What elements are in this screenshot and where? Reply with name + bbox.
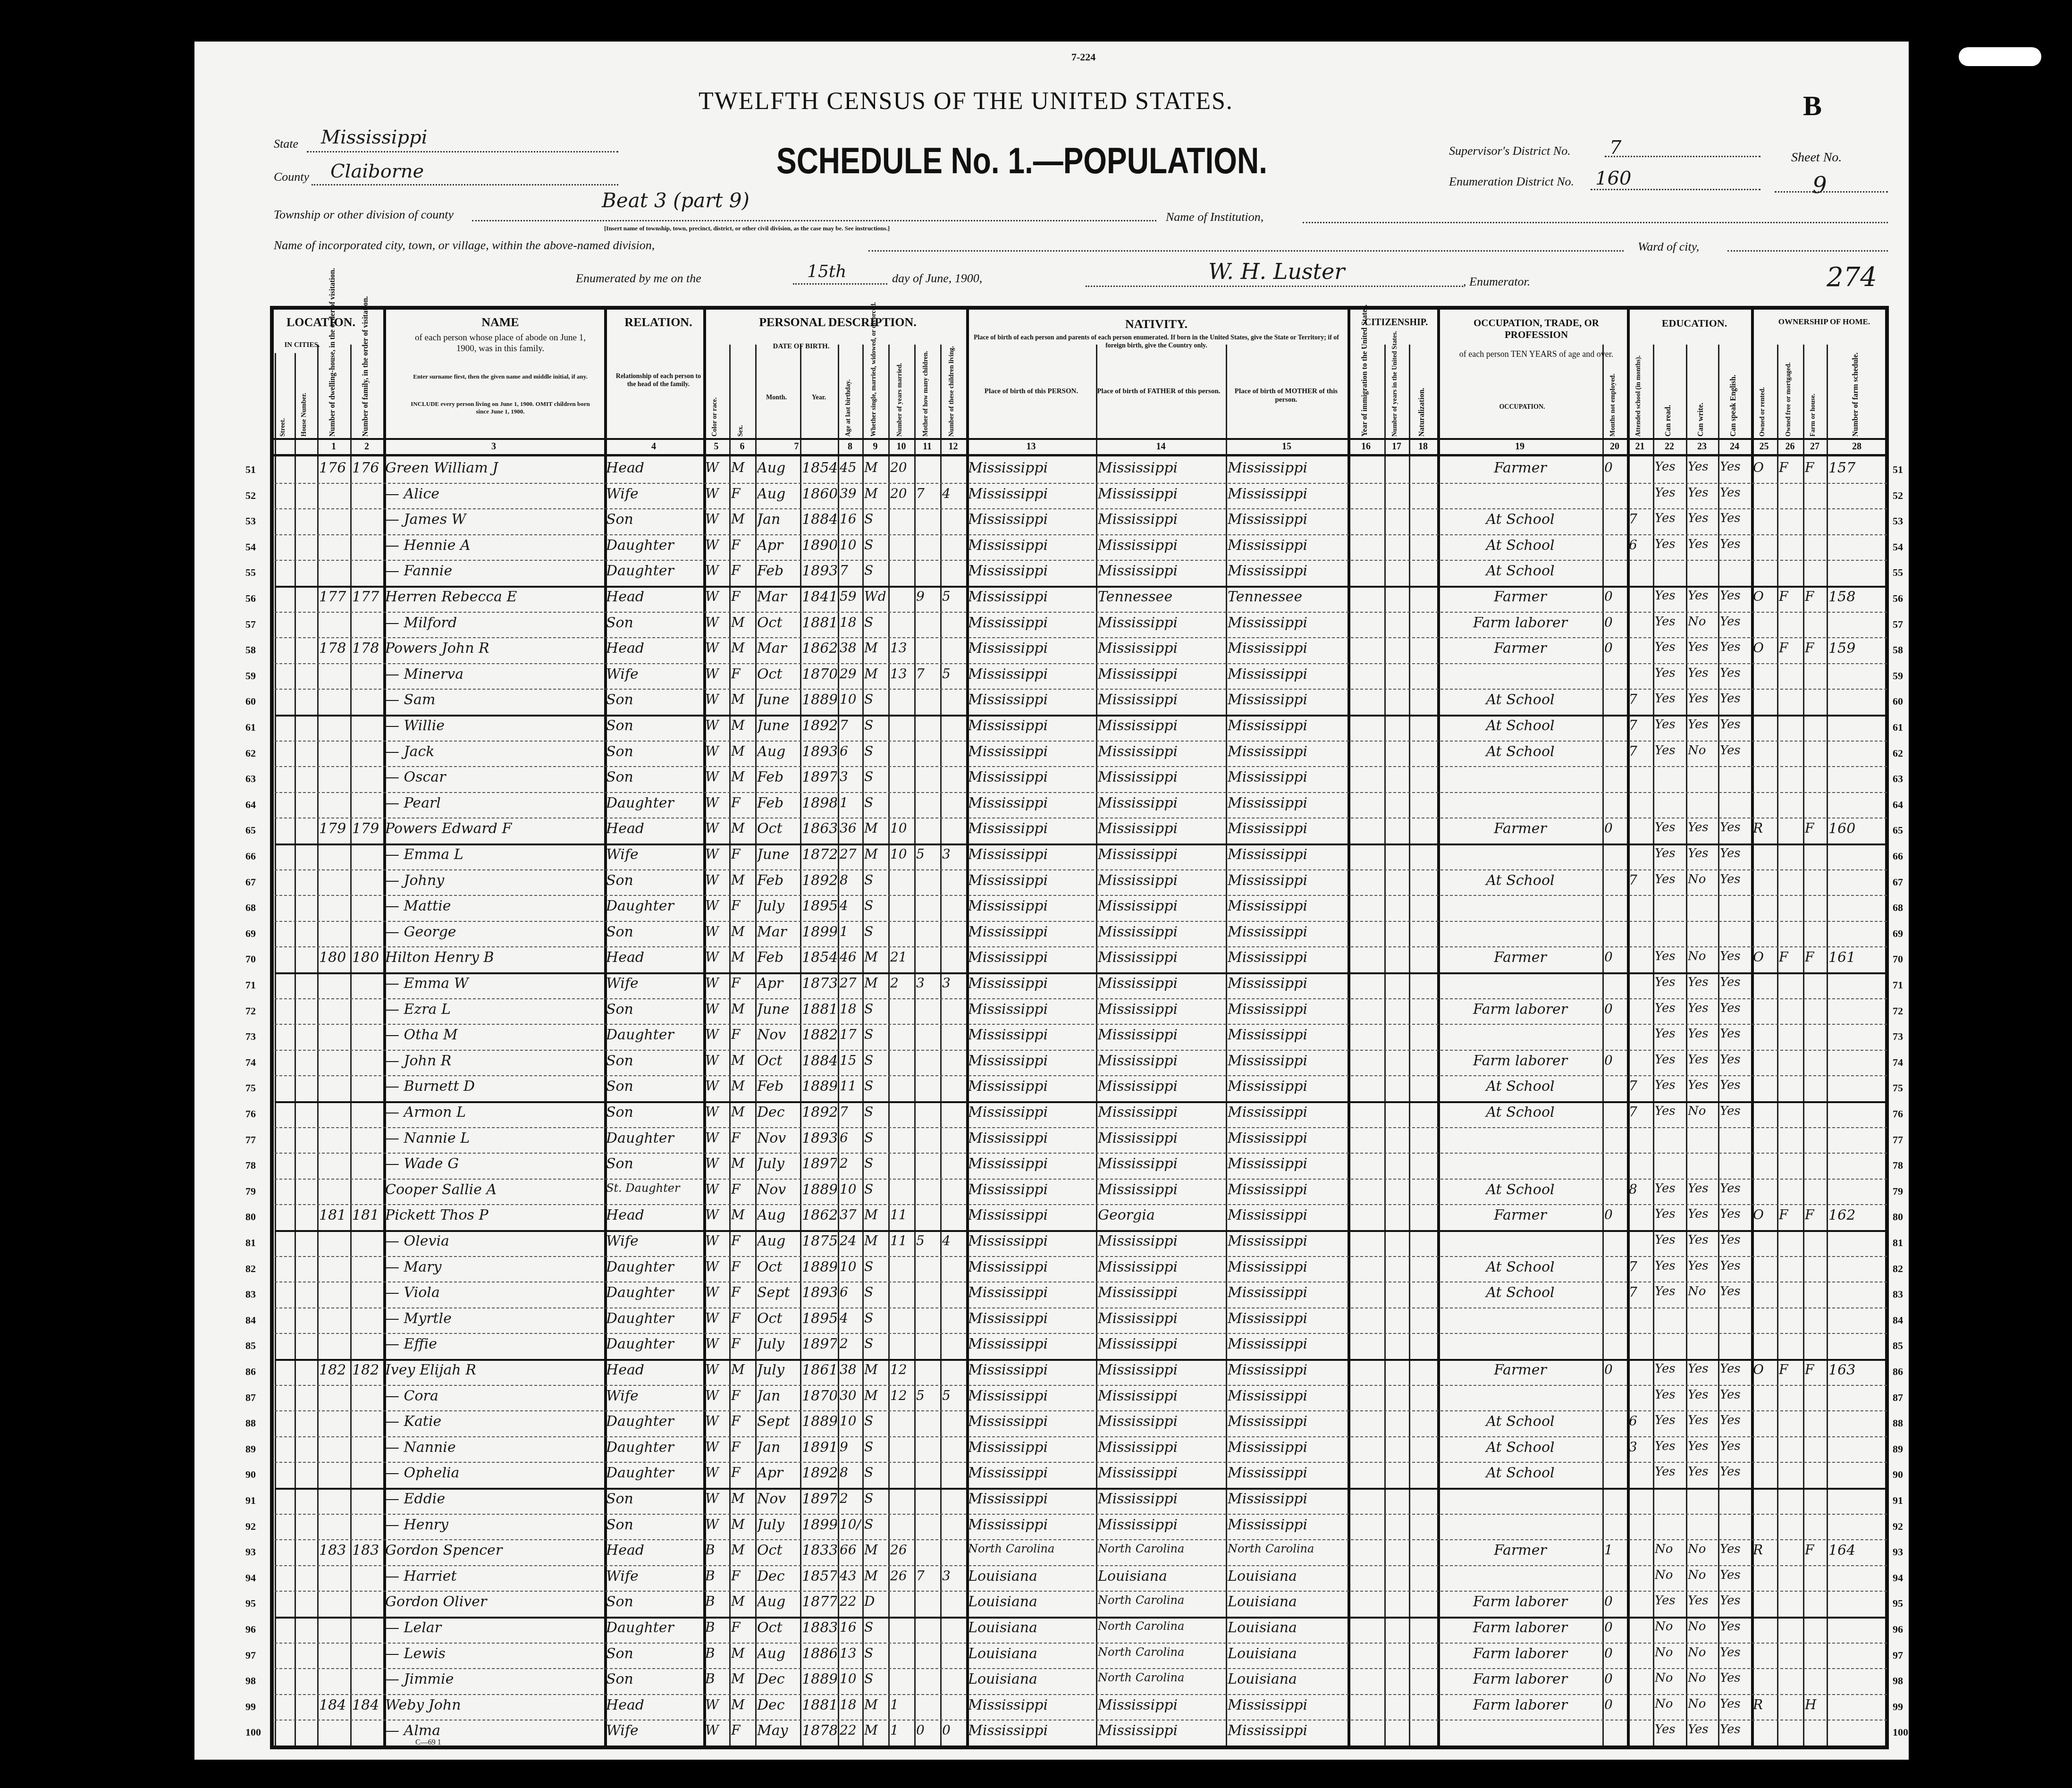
column-divider xyxy=(1777,345,1778,1746)
column-divider xyxy=(1653,345,1654,1746)
line-number: 70 xyxy=(245,953,256,965)
cell-year: 1881 xyxy=(802,1697,837,1713)
cell-family: 179 xyxy=(352,820,382,837)
cell-english: Yes xyxy=(1720,486,1750,500)
cell-marital: S xyxy=(864,795,887,810)
line-number-right: 75 xyxy=(1893,1082,1903,1094)
cell-marital: S xyxy=(864,1027,887,1042)
cell-age: 4 xyxy=(840,898,861,913)
row-divider xyxy=(275,1256,1887,1257)
cell-age: 10 xyxy=(840,537,861,553)
cell-month: Aug xyxy=(757,1207,799,1223)
cell-mother: Mississippi xyxy=(1228,1001,1347,1018)
cell-family: 176 xyxy=(352,460,382,476)
cell-sex: M xyxy=(731,1491,754,1506)
cell-occupation: Farm laborer xyxy=(1439,1645,1601,1662)
column-divider xyxy=(317,345,319,1746)
cell-write: Yes xyxy=(1688,1207,1717,1221)
row-divider xyxy=(275,1050,1887,1051)
cell-occupation: Farmer xyxy=(1439,949,1601,966)
row-divider xyxy=(275,1282,1887,1282)
cell-marital: M xyxy=(864,1722,887,1738)
column-divider xyxy=(1409,345,1410,1746)
cell-sex: M xyxy=(731,1542,754,1558)
cell-relation: Head xyxy=(606,1362,702,1378)
cell-marital: S xyxy=(864,872,887,888)
line-number: 61 xyxy=(245,721,256,734)
cell-father: North Carolina xyxy=(1098,1645,1225,1659)
column-header-living: Number of these children living. xyxy=(948,352,956,437)
row-divider xyxy=(275,1720,1887,1721)
cell-birth: Mississippi xyxy=(968,1722,1095,1739)
cell-read: Yes xyxy=(1655,589,1685,603)
cell-mother-of: 5 xyxy=(916,846,939,862)
cell-color: W xyxy=(705,1310,728,1326)
cell-read: Yes xyxy=(1655,666,1685,680)
cell-color: W xyxy=(705,1001,728,1017)
cell-birth: Mississippi xyxy=(968,1388,1095,1404)
group-occupation: OCCUPATION, TRADE, OR PROFESSION xyxy=(1447,317,1626,341)
cell-yrs-married: 26 xyxy=(890,1542,913,1558)
cell-father: Mississippi xyxy=(1098,1517,1225,1533)
cell-marital: S xyxy=(864,1465,887,1480)
cell-mother-of: 7 xyxy=(916,666,939,682)
cell-month: Aug xyxy=(757,1594,799,1610)
cell-father: Mississippi xyxy=(1098,640,1225,657)
cell-occupation: Farm laborer xyxy=(1439,1594,1601,1610)
line-number: 100 xyxy=(245,1726,261,1738)
line-number-right: 67 xyxy=(1893,876,1903,888)
cell-month: Dec xyxy=(757,1697,799,1713)
cell-occupation: At School xyxy=(1439,717,1601,734)
cell-occupation: At School xyxy=(1439,1078,1601,1095)
sheet-line xyxy=(1775,191,1888,193)
line-number: 83 xyxy=(245,1288,256,1300)
cell-mother: Mississippi xyxy=(1228,1310,1347,1327)
cell-month: June xyxy=(757,1001,799,1018)
occupation-desc: of each person TEN YEARS of age and over… xyxy=(1449,349,1624,360)
cell-sex: F xyxy=(731,1130,754,1146)
row-divider xyxy=(275,586,1887,588)
cell-read: Yes xyxy=(1655,872,1685,886)
cell-year: 1882 xyxy=(802,1027,837,1043)
header-divider xyxy=(274,454,1887,456)
cell-marital: M xyxy=(864,949,887,965)
cell-month: Mar xyxy=(757,924,799,940)
cell-mother: Mississippi xyxy=(1228,1362,1347,1378)
line-number: 85 xyxy=(245,1340,256,1352)
cell-farm: F xyxy=(1805,460,1826,475)
cell-birth: Mississippi xyxy=(968,975,1095,992)
cell-write: Yes xyxy=(1688,1439,1717,1453)
cell-dwelling: 180 xyxy=(319,949,349,966)
group-education: EDUCATION. xyxy=(1633,317,1756,329)
cell-marital: S xyxy=(864,898,887,913)
row-divider xyxy=(275,612,1887,613)
cell-relation: Wife xyxy=(606,1568,702,1585)
column-header-yrs-us: Number of years in the United States. xyxy=(1391,352,1399,437)
cell-name: — Mattie xyxy=(385,898,603,914)
cell-living: 5 xyxy=(942,1388,965,1403)
line-number: 55 xyxy=(245,566,256,579)
enumerated-middle: day of June, 1900, xyxy=(892,271,982,286)
cell-month: Dec xyxy=(757,1671,799,1687)
cell-write: No xyxy=(1688,743,1717,758)
cell-name: — Minerva xyxy=(385,666,603,683)
cell-month: Nov xyxy=(757,1491,799,1507)
cell-relation: Wife xyxy=(606,1722,702,1739)
cell-color: B xyxy=(705,1645,728,1661)
cell-marital: S xyxy=(864,692,887,707)
name-instr2: INCLUDE every person living on June 1, 1… xyxy=(406,400,595,415)
column-divider xyxy=(914,345,916,1746)
cell-sex: M xyxy=(731,460,754,475)
cell-father: Mississippi xyxy=(1098,1491,1225,1507)
line-number-right: 52 xyxy=(1893,489,1903,502)
cell-unemployed: 0 xyxy=(1604,1645,1626,1661)
cell-relation: Son xyxy=(606,1645,702,1662)
cell-father: Mississippi xyxy=(1098,975,1225,992)
cell-month: May xyxy=(757,1722,799,1739)
cell-free: F xyxy=(1779,1207,1802,1223)
line-number: 77 xyxy=(245,1134,256,1146)
cell-write: No xyxy=(1688,949,1717,963)
cell-sex: M xyxy=(731,1001,754,1017)
cell-sex: M xyxy=(731,615,754,630)
column-number: 16 xyxy=(1348,441,1384,452)
row-divider xyxy=(275,715,1887,717)
row-divider xyxy=(275,972,1887,974)
cell-marital: M xyxy=(864,666,887,682)
line-number: 54 xyxy=(245,541,256,553)
state-label: State xyxy=(274,137,298,151)
cell-age: 4 xyxy=(840,1310,861,1326)
cell-birth: Mississippi xyxy=(968,1181,1095,1198)
cell-father: Mississippi xyxy=(1098,537,1225,554)
cell-year: 1892 xyxy=(802,872,837,889)
cell-owned: R xyxy=(1753,820,1776,836)
row-divider xyxy=(275,508,1887,509)
cell-mother: Mississippi xyxy=(1228,1465,1347,1481)
cell-year: 1877 xyxy=(802,1594,837,1610)
cell-write: Yes xyxy=(1688,975,1717,989)
cell-marital: S xyxy=(864,1259,887,1274)
cell-write: Yes xyxy=(1688,640,1717,654)
column-number: 23 xyxy=(1686,441,1718,452)
cell-year: 1899 xyxy=(802,1517,837,1533)
line-number-right: 71 xyxy=(1893,979,1903,991)
column-divider xyxy=(350,345,352,1746)
column-number: 7 xyxy=(755,441,838,452)
cell-month: Feb xyxy=(757,563,799,579)
cell-write: No xyxy=(1688,1284,1717,1299)
cell-color: W xyxy=(705,1207,728,1223)
cell-english: Yes xyxy=(1720,1233,1750,1247)
line-number: 90 xyxy=(245,1468,256,1481)
name-desc: of each person whose place of abode on J… xyxy=(406,333,595,354)
cell-color: W xyxy=(705,1053,728,1068)
cell-mother: Mississippi xyxy=(1228,1078,1347,1095)
line-number-right: 98 xyxy=(1893,1675,1903,1687)
cell-name: — Cora xyxy=(385,1388,603,1404)
group-name: NAME xyxy=(396,315,604,329)
cell-age: 8 xyxy=(840,1465,861,1480)
cell-school: 7 xyxy=(1629,743,1652,759)
cell-english: Yes xyxy=(1720,1671,1750,1685)
cell-english: Yes xyxy=(1720,537,1750,551)
cell-father: Mississippi xyxy=(1098,486,1225,502)
cell-month: Oct xyxy=(757,1053,799,1069)
cell-english: Yes xyxy=(1720,1259,1750,1273)
line-number-right: 90 xyxy=(1893,1468,1903,1481)
cell-father: Tennessee xyxy=(1098,589,1225,605)
row-divider xyxy=(275,1153,1887,1154)
group-nativity: NATIVITY. xyxy=(968,317,1345,331)
cell-birth: Mississippi xyxy=(968,1207,1095,1223)
cell-birth: Louisiana xyxy=(968,1671,1095,1687)
cell-father: North Carolina xyxy=(1098,1619,1225,1633)
enumerator-name: W. H. Luster xyxy=(1208,259,1345,284)
cell-school: 8 xyxy=(1629,1181,1652,1197)
cell-read: Yes xyxy=(1655,615,1685,629)
cell-english: Yes xyxy=(1720,1568,1750,1582)
column-divider xyxy=(755,345,757,1746)
column-divider xyxy=(888,345,890,1746)
line-number: 80 xyxy=(245,1211,256,1223)
cell-marital: S xyxy=(864,743,887,759)
cell-free: F xyxy=(1779,460,1802,475)
cell-occupation: At School xyxy=(1439,511,1601,528)
cell-father: Mississippi xyxy=(1098,563,1225,579)
cell-age: 18 xyxy=(840,615,861,630)
line-number: 53 xyxy=(245,515,256,527)
cell-relation: Daughter xyxy=(606,1027,702,1043)
cell-father: North Carolina xyxy=(1098,1542,1225,1555)
column-number: 24 xyxy=(1718,441,1751,452)
cell-school: 6 xyxy=(1629,537,1652,553)
cell-name: — James W xyxy=(385,511,603,528)
line-number-right: 73 xyxy=(1893,1030,1903,1043)
cell-color: W xyxy=(705,795,728,810)
line-number: 52 xyxy=(245,489,256,502)
cell-marital: M xyxy=(864,640,887,656)
cell-color: W xyxy=(705,1130,728,1146)
cell-birth: Louisiana xyxy=(968,1645,1095,1662)
cell-color: W xyxy=(705,692,728,707)
cell-occupation: Farmer xyxy=(1439,640,1601,657)
cell-sex: M xyxy=(731,1078,754,1094)
cell-age: 45 xyxy=(840,460,861,475)
line-number-right: 79 xyxy=(1893,1185,1903,1198)
city-line xyxy=(868,250,1624,252)
cell-age: 16 xyxy=(840,511,861,527)
row-divider xyxy=(275,1075,1887,1076)
cell-marital: M xyxy=(864,1362,887,1377)
cell-english: Yes xyxy=(1720,1619,1750,1634)
cell-yrs-married: 12 xyxy=(890,1388,913,1403)
cell-color: W xyxy=(705,486,728,501)
cell-color: W xyxy=(705,537,728,553)
cell-mother: Mississippi xyxy=(1228,1388,1347,1404)
cell-mother: Mississippi xyxy=(1228,537,1347,554)
cell-father: Mississippi xyxy=(1098,1413,1225,1430)
cell-occupation: Farm laborer xyxy=(1439,1001,1601,1018)
cell-month: Oct xyxy=(757,1310,799,1327)
cell-year: 1892 xyxy=(802,1465,837,1481)
cell-relation: Son xyxy=(606,717,702,734)
cell-living: 3 xyxy=(942,846,965,862)
cell-mother: Mississippi xyxy=(1228,1233,1347,1249)
cell-relation: Daughter xyxy=(606,1465,702,1481)
birth-father-label: Place of birth of FATHER of this person. xyxy=(1095,387,1222,396)
cell-english: Yes xyxy=(1720,511,1750,525)
column-number: 13 xyxy=(966,441,1096,452)
cell-father: Mississippi xyxy=(1098,1310,1225,1327)
cell-dwelling: 182 xyxy=(319,1362,349,1378)
schedule-title: SCHEDULE No. 1.—POPULATION. xyxy=(776,139,1267,182)
cell-birth: Mississippi xyxy=(968,563,1095,579)
county-line xyxy=(312,184,618,186)
cell-color: W xyxy=(705,1078,728,1094)
cell-year: 1881 xyxy=(802,1001,837,1018)
cell-father: Mississippi xyxy=(1098,1053,1225,1069)
cell-name: — Milford xyxy=(385,615,603,631)
cell-month: Aug xyxy=(757,743,799,760)
cell-age: 27 xyxy=(840,846,861,862)
column-divider xyxy=(1827,345,1828,1746)
name-instr1: Enter surname first, then the given name… xyxy=(406,373,595,380)
line-number: 88 xyxy=(245,1417,256,1429)
cell-english: Yes xyxy=(1720,1181,1750,1196)
line-number-right: 69 xyxy=(1893,928,1903,940)
cell-age: 7 xyxy=(840,717,861,733)
column-divider xyxy=(1803,345,1804,1746)
cell-sex: F xyxy=(731,1027,754,1042)
cell-name: — John R xyxy=(385,1053,603,1069)
cell-name: Green William J xyxy=(385,460,603,476)
cell-age: 10 xyxy=(840,1259,861,1274)
cell-marital: M xyxy=(864,975,887,991)
cell-mother: Mississippi xyxy=(1228,1155,1347,1172)
line-number-right: 85 xyxy=(1893,1340,1903,1352)
cell-read: Yes xyxy=(1655,1078,1685,1092)
cell-relation: Wife xyxy=(606,975,702,992)
cell-mother-of: 7 xyxy=(916,486,939,501)
cell-name: — Ezra L xyxy=(385,1001,603,1018)
column-divider xyxy=(1602,345,1604,1746)
cell-color: W xyxy=(705,1027,728,1042)
cell-english: Yes xyxy=(1720,1413,1750,1427)
nativity-desc: Place of birth of each person and parent… xyxy=(972,334,1340,350)
cell-relation: Daughter xyxy=(606,1259,702,1275)
cell-birth: Mississippi xyxy=(968,949,1095,966)
cell-name: — Fannie xyxy=(385,563,603,579)
cell-name: — Nannie xyxy=(385,1439,603,1456)
line-number: 62 xyxy=(245,747,256,759)
cell-english: Yes xyxy=(1720,820,1750,835)
group-ownership: OWNERSHIP OF HOME. xyxy=(1758,317,1890,327)
cell-father: Mississippi xyxy=(1098,1078,1225,1095)
cell-sex: F xyxy=(731,1465,754,1480)
cell-birth: Mississippi xyxy=(968,1413,1095,1430)
cell-father: Mississippi xyxy=(1098,924,1225,940)
cell-age: 46 xyxy=(840,949,861,965)
line-number-right: 76 xyxy=(1893,1108,1903,1120)
cell-year: 1884 xyxy=(802,511,837,528)
group-relation: RELATION. xyxy=(609,315,708,329)
cell-birth: Mississippi xyxy=(968,486,1095,502)
cell-mother: Mississippi xyxy=(1228,1336,1347,1352)
cell-occupation: Farm laborer xyxy=(1439,1697,1601,1713)
cell-living: 3 xyxy=(942,1568,965,1584)
cell-color: W xyxy=(705,924,728,939)
cell-relation: Daughter xyxy=(606,795,702,811)
cell-read: Yes xyxy=(1655,1104,1685,1118)
column-number: 21 xyxy=(1627,441,1653,452)
cell-month: Jan xyxy=(757,1388,799,1404)
line-number-right: 54 xyxy=(1893,541,1903,553)
cell-relation: Son xyxy=(606,1594,702,1610)
cell-write: No xyxy=(1688,872,1717,886)
cell-english: Yes xyxy=(1720,975,1750,989)
cell-dwelling: 181 xyxy=(319,1207,349,1223)
cell-family: 180 xyxy=(352,949,382,966)
row-divider xyxy=(275,741,1887,742)
township-line xyxy=(472,220,1156,221)
cell-unemployed: 0 xyxy=(1604,1619,1626,1635)
cell-occupation: At School xyxy=(1439,872,1601,889)
cell-father: Mississippi xyxy=(1098,872,1225,889)
cell-birth: Mississippi xyxy=(968,1439,1095,1456)
line-number-right: 59 xyxy=(1893,670,1903,682)
cell-color: W xyxy=(705,511,728,527)
cell-write: Yes xyxy=(1688,1001,1717,1015)
cell-month: Aug xyxy=(757,1233,799,1249)
column-number: 22 xyxy=(1653,441,1686,452)
cell-read: Yes xyxy=(1655,537,1685,551)
cell-mother: Mississippi xyxy=(1228,563,1347,579)
cell-occupation: Farm laborer xyxy=(1439,1619,1601,1636)
birth-person-label: Place of birth of this PERSON. xyxy=(968,387,1095,396)
line-number-right: 63 xyxy=(1893,773,1903,785)
cell-birth: Louisiana xyxy=(968,1619,1095,1636)
cell-english: Yes xyxy=(1720,1362,1750,1376)
cell-occupation: Farmer xyxy=(1439,589,1601,605)
line-number-right: 72 xyxy=(1893,1005,1903,1017)
column-number: 1 xyxy=(317,441,350,452)
cell-age: 10 xyxy=(840,1671,861,1687)
cell-color: W xyxy=(705,1439,728,1455)
state-line xyxy=(307,151,618,152)
line-number-right: 57 xyxy=(1893,618,1903,631)
line-number-right: 77 xyxy=(1893,1134,1903,1146)
cell-english: Yes xyxy=(1720,1104,1750,1118)
cell-free: F xyxy=(1779,640,1802,656)
cell-relation: Head xyxy=(606,949,702,966)
row-divider xyxy=(275,483,1887,484)
cell-father: Mississippi xyxy=(1098,1259,1225,1275)
group-location: LOCATION. xyxy=(274,315,368,329)
column-header-english: Can speak English. xyxy=(1729,352,1738,437)
cell-color: W xyxy=(705,1491,728,1506)
cell-mother: Mississippi xyxy=(1228,949,1347,966)
cell-family: 184 xyxy=(352,1697,382,1713)
cell-relation: Daughter xyxy=(606,1130,702,1147)
cell-relation: Daughter xyxy=(606,1619,702,1636)
cell-birth: Mississippi xyxy=(968,1284,1095,1301)
row-divider xyxy=(275,1127,1887,1128)
line-number: 57 xyxy=(245,618,256,631)
